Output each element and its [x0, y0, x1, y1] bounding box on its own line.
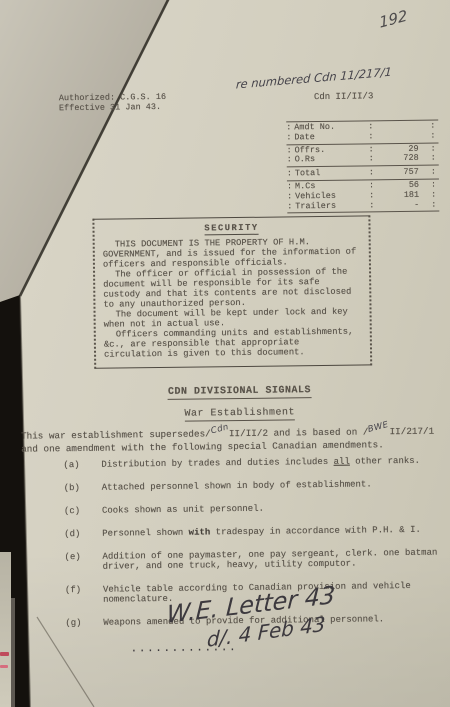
page-subtitle-text: War Establishment — [184, 407, 295, 421]
item-text-pre: Personnel shown — [102, 528, 189, 539]
list-item: (e)Addition of one paymaster, one pay se… — [64, 547, 446, 572]
item-id: (g) — [65, 618, 103, 628]
item-id: (b) — [64, 483, 102, 493]
colon: : — [369, 201, 377, 211]
list-item: (c)Cooks shown as unit personnel. — [64, 501, 446, 516]
colon: : — [431, 154, 439, 164]
colon: : — [431, 168, 439, 178]
colon: : — [287, 156, 295, 166]
item-text: Addition of one paymaster, one pay serge… — [102, 548, 442, 572]
row-value: 181 — [377, 190, 431, 200]
document-content: 192 re numbered Cdn 11/217/1 Authorized:… — [0, 0, 450, 707]
item-text-underlined: all — [334, 457, 350, 467]
effective-line: Effective 31 Jan 43. — [59, 102, 161, 113]
colon: : — [369, 155, 377, 165]
handwritten-insertion-bwe: BWE — [367, 420, 390, 436]
row-value — [376, 122, 430, 132]
handwritten-insertion-cdn: Cdn — [210, 422, 231, 438]
security-paragraph: Officers commanding units and establishm… — [104, 327, 362, 360]
row-value: 757 — [377, 168, 431, 178]
page-title-text: CDN DIVISIONAL SIGNALS — [168, 385, 311, 400]
amendment-table: :Amdt No.:: :Date:: :Offrs.:29: :O.Rs:72… — [286, 120, 439, 215]
page-subtitle: War Establishment — [95, 406, 385, 421]
list-item: (d)Personnel shown with tradespay in acc… — [64, 524, 446, 539]
item-id: (d) — [64, 529, 102, 539]
list-item: (a)Distribution by trades and duties inc… — [63, 455, 445, 470]
item-text: Attached personnel shown in body of esta… — [102, 479, 442, 493]
intro-text: II/217/1 — [389, 426, 434, 438]
item-text-post: other ranks. — [350, 456, 420, 467]
security-box: SECURITY THIS DOCUMENT IS THE PROPERTY O… — [92, 215, 372, 368]
item-text: Cooks shown as unit personnel. — [102, 502, 442, 516]
table-row: :Trailers:-: — [287, 200, 439, 214]
security-title-text: SECURITY — [204, 223, 258, 236]
photo-canvas: 192 re numbered Cdn 11/217/1 Authorized:… — [0, 0, 450, 707]
item-id: (f) — [65, 585, 103, 605]
row-label: Trailers — [295, 201, 369, 212]
item-text-post: tradespay in accordance with P.H. & I. — [210, 525, 421, 538]
row-label: Date — [294, 132, 368, 143]
colon: : — [431, 200, 439, 210]
item-text-pre: Distribution by trades and duties includ… — [101, 457, 333, 470]
item-id: (c) — [64, 506, 102, 516]
colon: : — [369, 169, 377, 179]
intro-text: This war establishment supersedes — [21, 428, 205, 441]
item-text: Distribution by trades and duties includ… — [101, 456, 441, 470]
row-value — [376, 131, 430, 141]
item-id: (a) — [63, 460, 101, 470]
row-label: O.Rs — [295, 155, 369, 166]
colon: : — [430, 131, 438, 141]
item-text: Personnel shown with tradespay in accord… — [102, 525, 442, 539]
security-title: SECURITY — [102, 222, 360, 235]
row-value: 728 — [377, 154, 431, 164]
handwritten-renumber-note: re numbered Cdn 11/217/1 — [236, 65, 393, 92]
document-reference: Cdn II/II/3 — [314, 91, 374, 102]
page-title: CDN DIVISIONAL SIGNALS — [94, 384, 384, 399]
item-id: (e) — [64, 552, 102, 572]
table-row: :O.Rs:728: — [287, 154, 439, 168]
row-value: - — [377, 200, 431, 210]
intro-text-line2: and one amendment with the following spe… — [21, 439, 384, 454]
list-item: (b)Attached personnel shown in body of e… — [64, 478, 446, 493]
authorized-block: Authorized: C.G.S. 16Effective 31 Jan 43… — [59, 92, 166, 113]
colon: : — [287, 202, 295, 212]
colon: : — [287, 170, 295, 180]
handwritten-page-number: 192 — [378, 6, 408, 31]
security-paragraph: THIS DOCUMENT IS THE PROPERTY OF H.M. GO… — [103, 237, 361, 270]
intro-text: II/II/2 and is based on — [229, 427, 357, 440]
row-label: Total — [295, 169, 369, 180]
intro-paragraph: This war establishment supersedes/CdnII/… — [21, 426, 445, 455]
item-text-bold: with — [189, 527, 211, 537]
colon: : — [286, 133, 294, 143]
security-paragraph: The officer or official in possession of… — [103, 267, 361, 310]
colon: : — [368, 132, 376, 142]
